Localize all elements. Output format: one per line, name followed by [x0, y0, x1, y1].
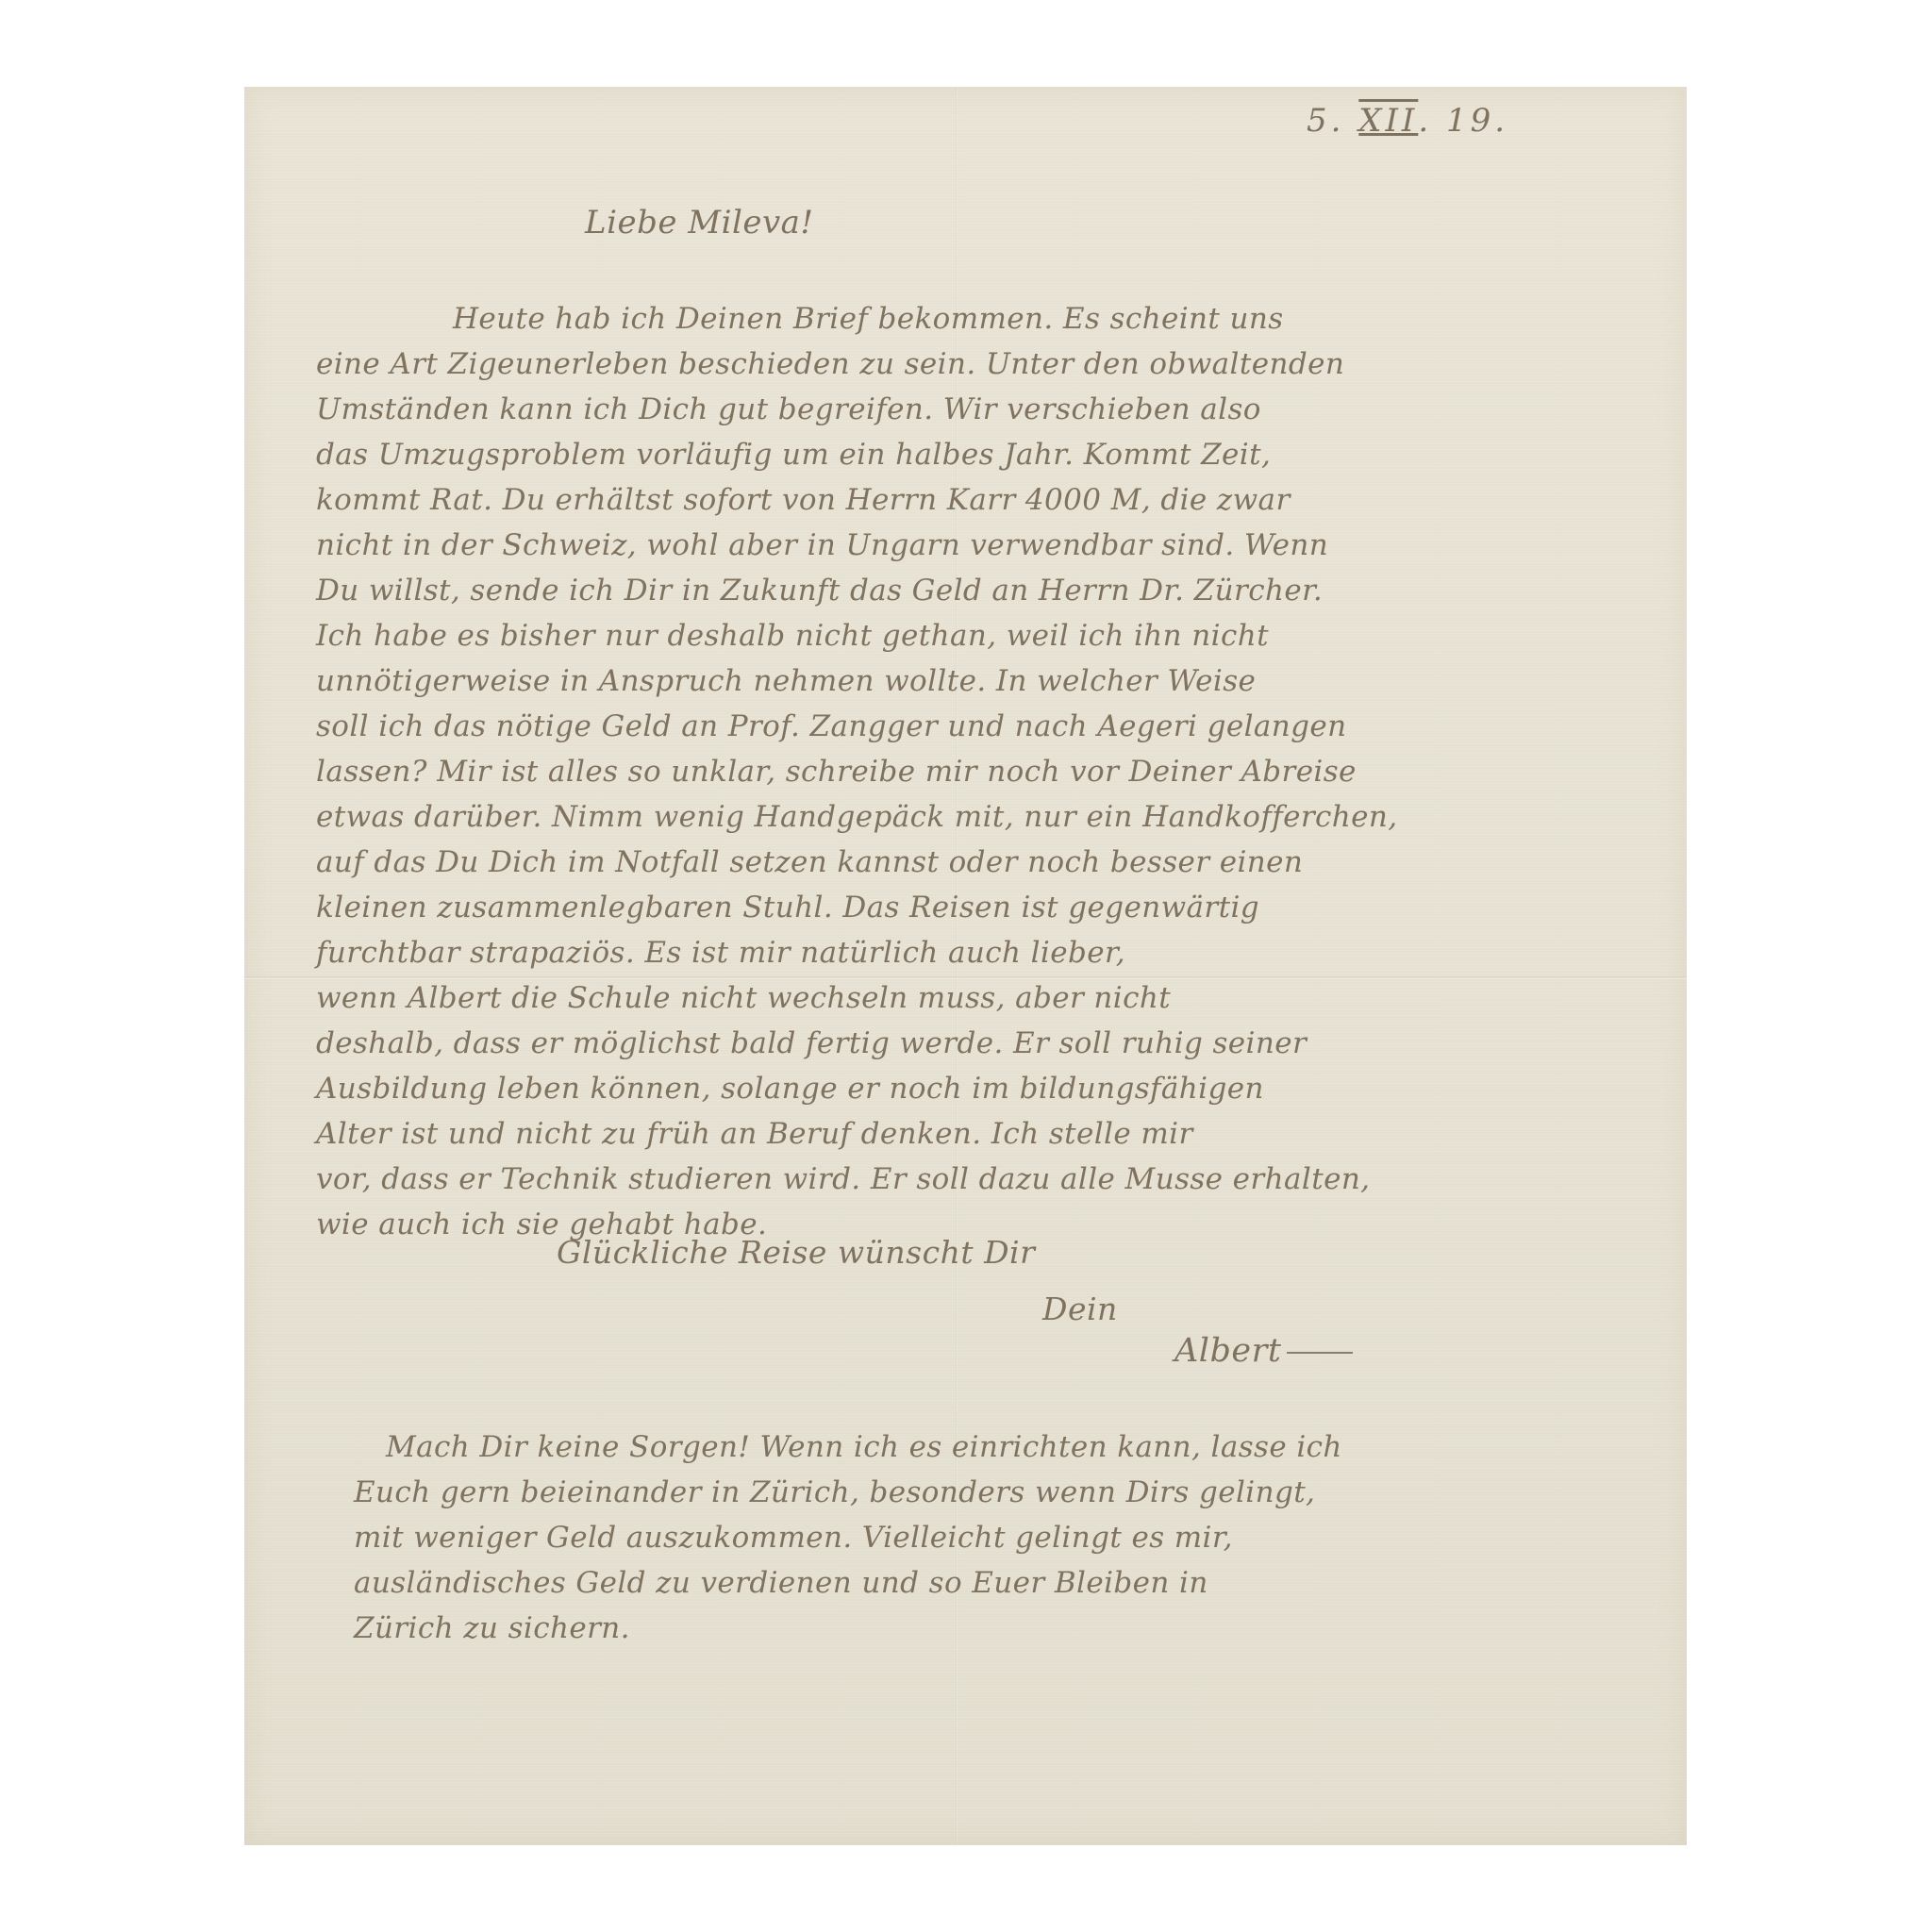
closing-line: Glückliche Reise wünscht Dir	[557, 1234, 1035, 1271]
salutation: Liebe Mileva!	[585, 204, 814, 241]
body-line: Alter ist und nicht zu früh an Beruf den…	[316, 1111, 1665, 1157]
body-line: kommt Rat. Du erhältst sofort von Herrn …	[316, 477, 1665, 523]
body-line: nicht in der Schweiz, wohl aber in Ungar…	[316, 523, 1665, 568]
body-line: das Umzugsproblem vorläufig um ein halbe…	[316, 432, 1665, 477]
body-line: Du willst, sende ich Dir in Zukunft das …	[316, 568, 1665, 613]
postscript-line: Zürich zu sichern.	[354, 1606, 1656, 1651]
body-line: deshalb, dass er möglichst bald fertig w…	[316, 1021, 1665, 1066]
postscript-line: Mach Dir keine Sorgen! Wenn ich es einri…	[354, 1424, 1656, 1470]
signature: Albert	[1174, 1332, 1353, 1370]
body-line: soll ich das nötige Geld an Prof. Zangge…	[316, 704, 1665, 749]
valediction: Dein	[1042, 1291, 1118, 1327]
letter-body: Heute hab ich Deinen Brief bekommen. Es …	[316, 296, 1665, 1247]
letter-paper: 5. XII. 19. Liebe Mileva! Heute hab ich …	[244, 87, 1687, 1845]
body-line: kleinen zusammenlegbaren Stuhl. Das Reis…	[316, 885, 1665, 930]
body-line: Umständen kann ich Dich gut begreifen. W…	[316, 387, 1665, 432]
letter-date: 5. XII. 19.	[1307, 102, 1508, 140]
date-year: . 19.	[1418, 102, 1508, 140]
postscript-line: ausländisches Geld zu verdienen und so E…	[354, 1560, 1656, 1606]
body-line: eine Art Zigeunerleben beschieden zu sei…	[316, 341, 1665, 387]
body-line: vor, dass er Technik studieren wird. Er …	[316, 1157, 1665, 1202]
body-line: wenn Albert die Schule nicht wechseln mu…	[316, 975, 1665, 1021]
postscript-line: mit weniger Geld auszukommen. Vielleicht…	[354, 1515, 1656, 1560]
body-line: Ich habe es bisher nur deshalb nicht get…	[316, 613, 1665, 658]
body-line: unnötigerweise in Anspruch nehmen wollte…	[316, 658, 1665, 704]
body-line: Ausbildung leben können, solange er noch…	[316, 1066, 1665, 1111]
body-line: auf das Du Dich im Notfall setzen kannst…	[316, 840, 1665, 885]
postscript: Mach Dir keine Sorgen! Wenn ich es einri…	[354, 1424, 1656, 1651]
postscript-line: Euch gern beieinander in Zürich, besonde…	[354, 1470, 1656, 1515]
body-line: lassen? Mir ist alles so unklar, schreib…	[316, 749, 1665, 794]
date-month: XII	[1358, 102, 1418, 140]
date-day: 5.	[1307, 102, 1344, 140]
body-line: furchtbar strapaziös. Es ist mir natürli…	[316, 930, 1665, 975]
body-line: etwas darüber. Nimm wenig Handgepäck mit…	[316, 794, 1665, 840]
body-line: Heute hab ich Deinen Brief bekommen. Es …	[316, 296, 1665, 341]
